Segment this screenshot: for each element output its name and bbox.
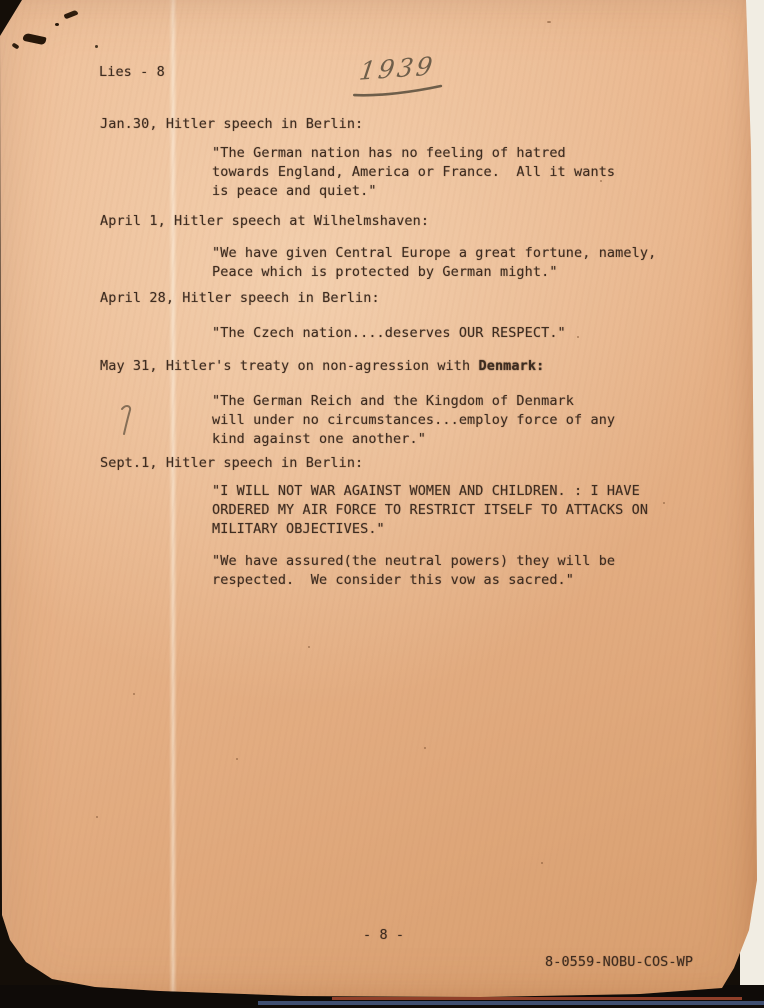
quote-line: Peace which is protected by German might… [212, 266, 558, 280]
tear-mark [55, 23, 59, 26]
entry-heading-text: May 31, Hitler's treaty on non-agression… [100, 358, 478, 374]
quote-line: ORDERED MY AIR FORCE TO RESTRICT ITSELF … [212, 504, 648, 518]
quote-line: will under no circumstances...employ for… [212, 414, 615, 428]
paper-speck [541, 862, 543, 864]
paper-speck [424, 747, 426, 749]
tear-mark [11, 42, 19, 49]
quote-line: is peace and quiet." [212, 185, 377, 199]
paper-speck [547, 21, 551, 23]
quote-line: MILITARY OBJECTIVES." [212, 523, 385, 537]
page-number: - 8 - [363, 929, 404, 943]
page-title: Lies - 8 [99, 66, 165, 80]
quote-line: kind against one another." [212, 433, 426, 447]
quote-line: "We have given Central Europe a great fo… [212, 247, 656, 261]
paper-speck [600, 180, 602, 182]
reference-code: 8-0559-NOBU-COS-WP [545, 956, 693, 970]
entry-heading-emphasis: Denmark: [478, 358, 544, 374]
paper-sheet: Lies - 8 1939 Jan.30, Hitler speech in B… [0, 0, 764, 1008]
scan-bottom-edge-line [258, 1001, 764, 1005]
entry-heading: Jan.30, Hitler speech in Berlin: [100, 118, 363, 132]
handwritten-year-text: 1939 [358, 51, 438, 86]
underlying-sheet-edge [332, 997, 742, 1000]
scanned-document-page: Lies - 8 1939 Jan.30, Hitler speech in B… [0, 0, 764, 1008]
paper-speck [577, 336, 579, 338]
paper-speck [96, 816, 98, 818]
quote-line: "The German nation has no feeling of hat… [212, 147, 566, 161]
handwritten-year: 1939 [349, 49, 448, 102]
entry-heading: April 28, Hitler speech in Berlin: [100, 292, 380, 306]
quote-line: "The Czech nation....deserves OUR RESPEC… [212, 327, 566, 341]
pencil-mark [116, 404, 140, 438]
tear-mark [22, 33, 46, 46]
paper-speck [236, 758, 238, 760]
tear-mark [95, 45, 98, 48]
quote-line: "I WILL NOT WAR AGAINST WOMEN AND CHILDR… [212, 485, 640, 499]
paper-speck [133, 693, 135, 695]
tear-mark [64, 10, 79, 20]
paper-speck [308, 646, 310, 648]
paper-speck [663, 502, 665, 504]
quote-line: "We have assured(the neutral powers) the… [212, 555, 615, 569]
quote-line: respected. We consider this vow as sacre… [212, 574, 574, 588]
entry-heading: Sept.1, Hitler speech in Berlin: [100, 457, 363, 471]
quote-line: towards England, America or France. All … [212, 166, 615, 180]
entry-heading: May 31, Hitler's treaty on non-agression… [100, 360, 544, 374]
entry-heading: April 1, Hitler speech at Wilhelmshaven: [100, 215, 429, 229]
quote-line: "The German Reich and the Kingdom of Den… [212, 395, 574, 409]
